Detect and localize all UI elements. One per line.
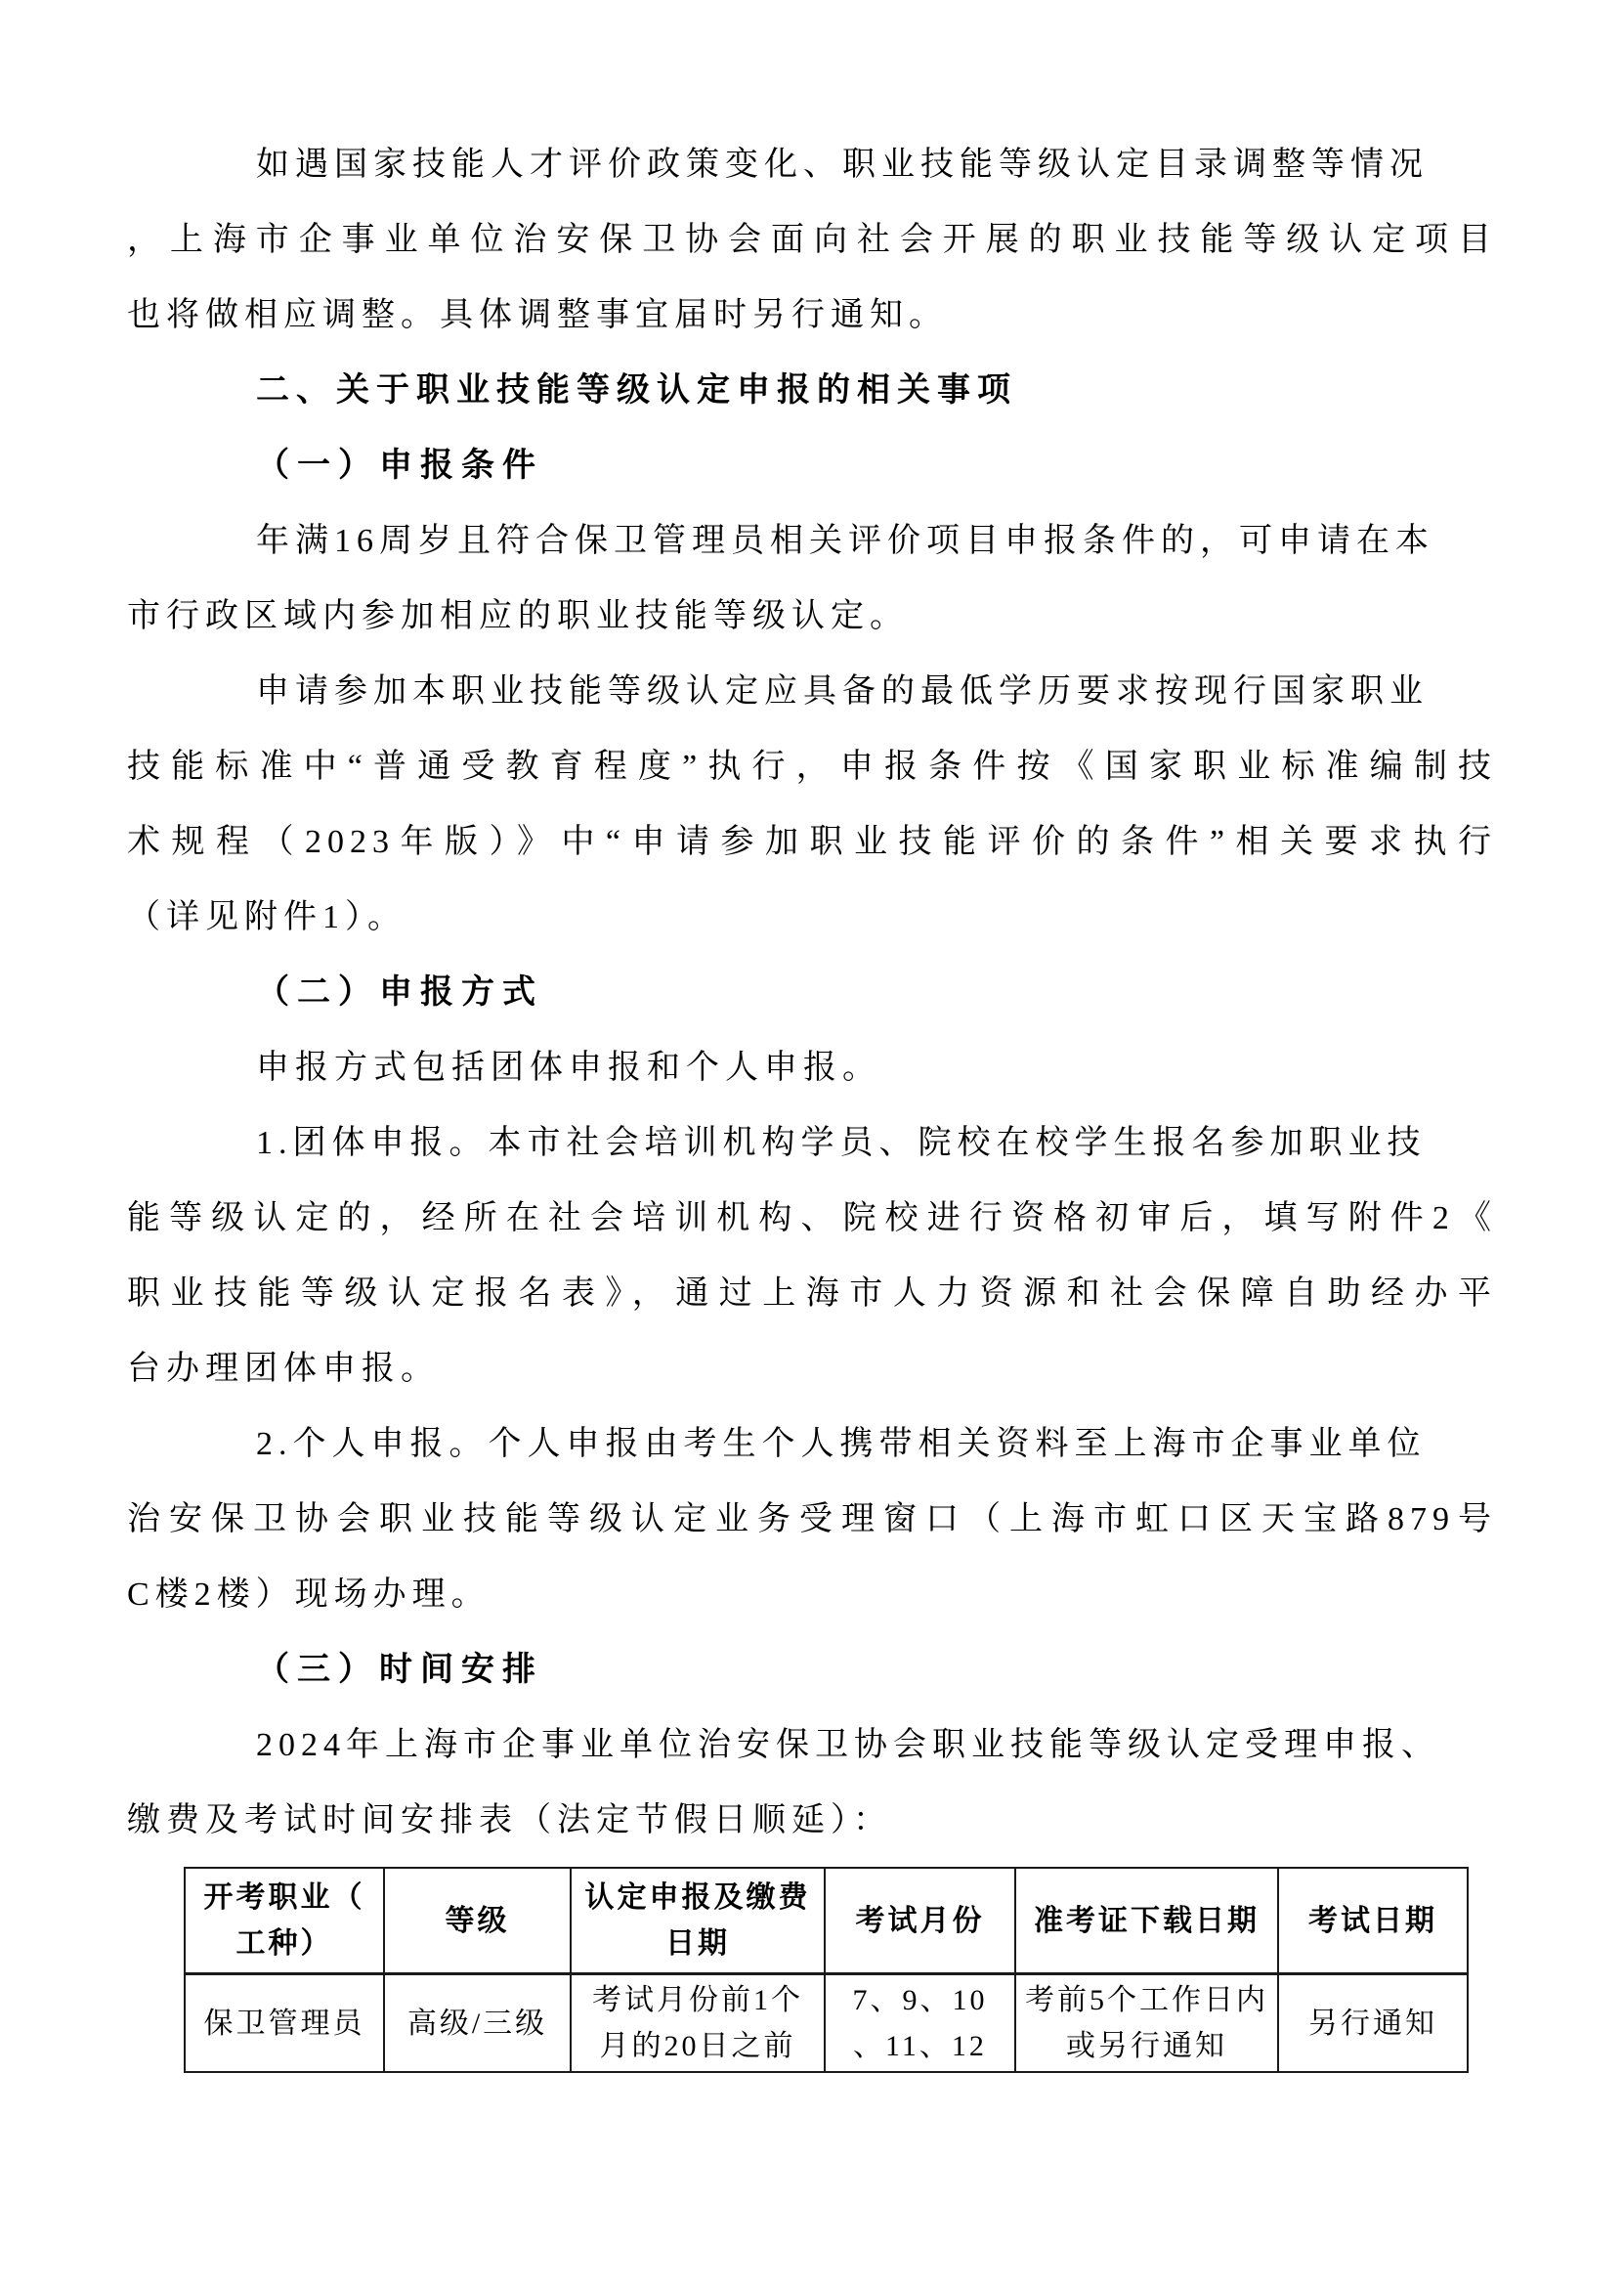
table-cell-exam-date: 另行通知 <box>1278 1974 1468 2073</box>
paragraph-line: 职业技能等级认定报名表》，通过上海市人力资源和社会保障自助经办平 <box>127 1256 1497 1331</box>
paragraph-line: ，上海市企事业单位治安保卫协会面向社会开展的职业技能等级认定项目 <box>127 202 1497 278</box>
table-cell-level: 高级/三级 <box>384 1974 571 2073</box>
table-row: 保卫管理员 高级/三级 考试月份前1个 月的20日之前 7、9、10 、11、1… <box>185 1974 1468 2073</box>
table-header-occupation: 开考职业（ 工种） <box>185 1868 384 1974</box>
section-heading: 二、关于职业技能等级认定申报的相关事项 <box>127 353 1497 428</box>
table-cell-exam-month: 7、9、10 、11、12 <box>825 1974 1015 2073</box>
paragraph-line: 缴费及考试时间安排表（法定节假日顺延）： <box>127 1783 1497 1858</box>
table-header-row: 开考职业（ 工种） 等级 认定申报及缴费 日期 考试月份 准考证下载日期 考试日… <box>185 1868 1468 1974</box>
table-header-application-date: 认定申报及缴费 日期 <box>571 1868 825 1974</box>
paragraph-line: 台办理团体申报。 <box>127 1331 1497 1406</box>
paragraph-line: 年满16周岁且符合保卫管理员相关评价项目申报条件的，可申请在本 <box>127 503 1497 579</box>
table-cell-ticket-download: 考前5个工作日内 或另行通知 <box>1015 1974 1278 2073</box>
table-header-level: 等级 <box>384 1868 571 1974</box>
table-header-exam-date: 考试日期 <box>1278 1868 1468 1974</box>
paragraph-line: 2.个人申报。个人申报由考生个人携带相关资料至上海市企事业单位 <box>127 1406 1497 1482</box>
document-body: 如遇国家技能人才评价政策变化、职业技能等级认定目录调整等情况 ，上海市企事业单位… <box>127 127 1497 2073</box>
paragraph-line: 能等级认定的，经所在社会培训机构、院校进行资格初审后，填写附件2《 <box>127 1181 1497 1256</box>
schedule-table: 开考职业（ 工种） 等级 认定申报及缴费 日期 考试月份 准考证下载日期 考试日… <box>184 1867 1469 2073</box>
subsection-heading-application-method: （二）申报方式 <box>127 955 1497 1030</box>
table-cell-occupation: 保卫管理员 <box>185 1974 384 2073</box>
subsection-heading-schedule: （三）时间安排 <box>127 1632 1497 1707</box>
paragraph-line: （详见附件1）。 <box>127 880 1497 955</box>
paragraph-line: 申请参加本职业技能等级认定应具备的最低学历要求按现行国家职业 <box>127 654 1497 729</box>
paragraph-line: 治安保卫协会职业技能等级认定业务受理窗口（上海市虹口区天宝路879号 <box>127 1482 1497 1557</box>
paragraph-line: 术规程（2023年版）》中“申请参加职业技能评价的条件”相关要求执行 <box>127 804 1497 880</box>
table-header-exam-month: 考试月份 <box>825 1868 1015 1974</box>
paragraph-line: 市行政区域内参加相应的职业技能等级认定。 <box>127 579 1497 654</box>
paragraph-line: 如遇国家技能人才评价政策变化、职业技能等级认定目录调整等情况 <box>127 127 1497 202</box>
subsection-heading-application-conditions: （一）申报条件 <box>127 428 1497 503</box>
paragraph-line: 也将做相应调整。具体调整事宜届时另行通知。 <box>127 278 1497 353</box>
paragraph-line: 2024年上海市企事业单位治安保卫协会职业技能等级认定受理申报、 <box>127 1707 1497 1783</box>
paragraph-line: C楼2楼）现场办理。 <box>127 1557 1497 1632</box>
paragraph-line: 1.团体申报。本市社会培训机构学员、院校在校学生报名参加职业技 <box>127 1105 1497 1181</box>
table-header-ticket-download: 准考证下载日期 <box>1015 1868 1278 1974</box>
table-cell-application-date: 考试月份前1个 月的20日之前 <box>571 1974 825 2073</box>
paragraph-line: 技能标准中“普通受教育程度”执行，申报条件按《国家职业标准编制技 <box>127 729 1497 804</box>
document-page: 如遇国家技能人才评价政策变化、职业技能等级认定目录调整等情况 ，上海市企事业单位… <box>0 0 1624 2289</box>
paragraph-line: 申报方式包括团体申报和个人申报。 <box>127 1030 1497 1105</box>
